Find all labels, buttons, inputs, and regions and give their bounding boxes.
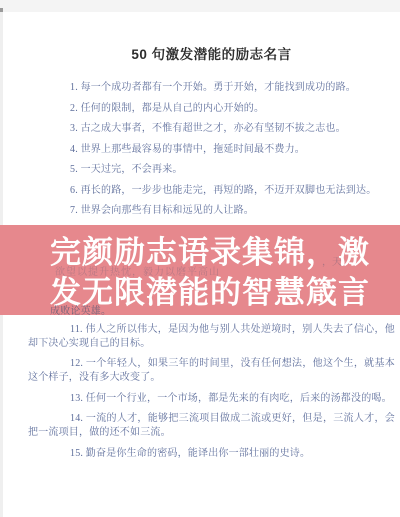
top-gray-band xyxy=(0,0,400,12)
quote-item-2: 2. 任何的限制，都是从自己的内心开始的。 xyxy=(28,102,395,116)
partially-covered-quote-text: 成败论英雄。 xyxy=(50,302,111,315)
overlay-headline: 完颜励志语录集锦，激 发无限潜能的智慧箴言 xyxy=(50,233,390,313)
quote-item-7: 7. 世界会向那些有目标和远见的人让路。 xyxy=(28,204,395,218)
quote-item-11: 11. 伟人之所以伟大，是因为他与别人共处逆境时，别人失去了信心，他却下决心实现… xyxy=(28,323,395,351)
quote-item-13: 13. 任何一个行业，一个市场，都是先来的有肉吃，后来的汤都没的喝。 xyxy=(28,392,395,406)
quote-item-15: 15. 勤奋是你生命的密码，能译出你一部壮丽的史诗。 xyxy=(28,447,395,461)
quote-item-12: 12. 一个年轻人，如果三年的时间里，没有任何想法，他这个生，就基本这个样子，没… xyxy=(28,357,395,385)
quote-item-6: 6. 再长的路，一步步也能走完，再短的路，不迈开双脚也无法到达。 xyxy=(28,184,395,198)
document-body: 50 句激发潜能的励志名言 1. 每一个成功者都有一个开始。勇于开始，才能找到成… xyxy=(3,12,395,517)
quote-item-3: 3. 古之成大事者，不惟有超世之才，亦必有坚韧不拔之志也。 xyxy=(28,122,395,136)
quote-item-5: 5. 一天过完，不会再来。 xyxy=(28,163,395,177)
quote-item-14: 14. 一流的人才，能够把三流项目做成二流或更好，但是，三流人才，会把一流项目，… xyxy=(28,412,395,440)
document-title: 50 句激发潜能的励志名言 xyxy=(28,43,395,63)
overlay-headline-line-1: 完颜励志语录集锦，激 xyxy=(50,233,390,273)
quote-item-1: 1. 每一个成功者都有一个开始。勇于开始，才能找到成功的路。 xyxy=(28,81,395,95)
headline-overlay-banner: ，天 欲望以提升热忱，毅力以磨平高山 完颜励志语录集锦，激 发无限潜能的智慧箴言… xyxy=(0,225,400,315)
quote-item-4: 4. 世界上那些最容易的事情中，拖延时间最不费力。 xyxy=(28,143,395,157)
page: 50 句激发潜能的励志名言 1. 每一个成功者都有一个开始。勇于开始，才能找到成… xyxy=(0,0,400,517)
